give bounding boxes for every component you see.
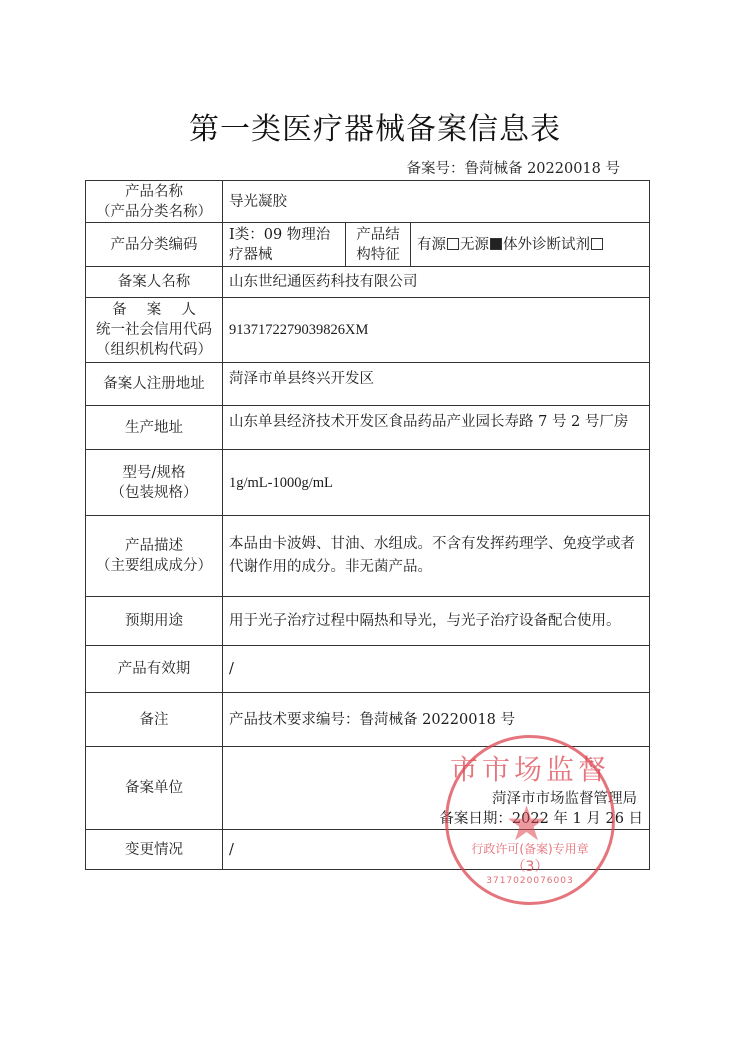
value-registered-address: 菏泽市单县终兴开发区 [223, 363, 650, 406]
value-changes: / [223, 830, 650, 870]
row-model-spec: 型号/规格 （包装规格） 1g/mL-1000g/mL [86, 450, 650, 516]
filing-date: 备案日期：2022 年 1 月 26 日 [439, 809, 643, 829]
filing-unit-name: 菏泽市市场监督管理局 [492, 789, 637, 809]
value-credit-code: 9137172279039826XM [223, 298, 650, 363]
value-classification-code: Ⅰ类：09 物理治 疗器械 [223, 223, 346, 267]
label-intended-use: 预期用途 [86, 597, 223, 646]
label-changes: 变更情况 [86, 830, 223, 870]
row-registered-address: 备案人注册地址 菏泽市单县终兴开发区 [86, 363, 650, 406]
document-title: 第一类医疗器械备案信息表 [0, 104, 750, 148]
label-remarks: 备注 [86, 693, 223, 747]
option-ivd-label: 体外诊断试剂 [503, 237, 590, 253]
value-validity: / [223, 646, 650, 693]
value-remarks: 产品技术要求编号：鲁菏械备 20220018 号 [223, 693, 650, 747]
value-filer-name: 山东世纪通医药科技有限公司 [223, 267, 650, 298]
value-product-name: 导光凝胶 [223, 181, 650, 223]
label-production-address: 生产地址 [86, 406, 223, 450]
value-production-address: 山东单县经济技术开发区食品药品产业园长寿路 7 号 2 号厂房 [223, 406, 650, 450]
record-number: 备案号：鲁菏械备 20220018 号 [406, 157, 620, 178]
value-description: 本品由卡波姆、甘油、水组成。不含有发挥药理学、免疫学或者代谢作用的成分。非无菌产… [223, 516, 650, 597]
structure-options: 有源无源体外诊断试剂 [411, 223, 650, 267]
option-active-label: 有源 [417, 237, 446, 253]
option-passive-label: 无源 [460, 237, 489, 253]
row-filing-unit: 备案单位 菏泽市市场监督管理局 备案日期：2022 年 1 月 26 日 [86, 747, 650, 830]
label-filing-unit: 备案单位 [86, 747, 223, 830]
filing-info-table: 产品名称 （产品分类名称） 导光凝胶 产品分类编码 Ⅰ类：09 物理治 疗器械 … [85, 180, 650, 870]
label-product-name: 产品名称 （产品分类名称） [86, 181, 223, 223]
label-classification-code: 产品分类编码 [86, 223, 223, 267]
checkbox-active [447, 238, 459, 250]
row-classification-code: 产品分类编码 Ⅰ类：09 物理治 疗器械 产品结 构特征 有源无源体外诊断试剂 [86, 223, 650, 267]
row-intended-use: 预期用途 用于光子治疗过程中隔热和导光，与光子治疗设备配合使用。 [86, 597, 650, 646]
checkbox-passive-checked [490, 238, 502, 250]
seal-serial-text: 3717020076003 [448, 876, 612, 886]
label-filer-name: 备案人名称 [86, 267, 223, 298]
row-validity: 产品有效期 / [86, 646, 650, 693]
label-credit-code: 备 案 人 统一社会信用代码 （组织机构代码） [86, 298, 223, 363]
row-description: 产品描述 （主要组成成分） 本品由卡波姆、甘油、水组成。不含有发挥药理学、免疫学… [86, 516, 650, 597]
row-product-name: 产品名称 （产品分类名称） 导光凝胶 [86, 181, 650, 223]
row-changes: 变更情况 / [86, 830, 650, 870]
row-filer-name: 备案人名称 山东世纪通医药科技有限公司 [86, 267, 650, 298]
value-model-spec: 1g/mL-1000g/mL [223, 450, 650, 516]
checkbox-ivd [591, 238, 603, 250]
value-intended-use: 用于光子治疗过程中隔热和导光，与光子治疗设备配合使用。 [223, 597, 650, 646]
label-validity: 产品有效期 [86, 646, 223, 693]
row-remarks: 备注 产品技术要求编号：鲁菏械备 20220018 号 [86, 693, 650, 747]
label-model-spec: 型号/规格 （包装规格） [86, 450, 223, 516]
label-registered-address: 备案人注册地址 [86, 363, 223, 406]
label-description: 产品描述 （主要组成成分） [86, 516, 223, 597]
value-filing-unit: 菏泽市市场监督管理局 备案日期：2022 年 1 月 26 日 [223, 747, 650, 830]
row-production-address: 生产地址 山东单县经济技术开发区食品药品产业园长寿路 7 号 2 号厂房 [86, 406, 650, 450]
label-structure-feature: 产品结 构特征 [346, 223, 411, 267]
row-credit-code: 备 案 人 统一社会信用代码 （组织机构代码） 9137172279039826… [86, 298, 650, 363]
